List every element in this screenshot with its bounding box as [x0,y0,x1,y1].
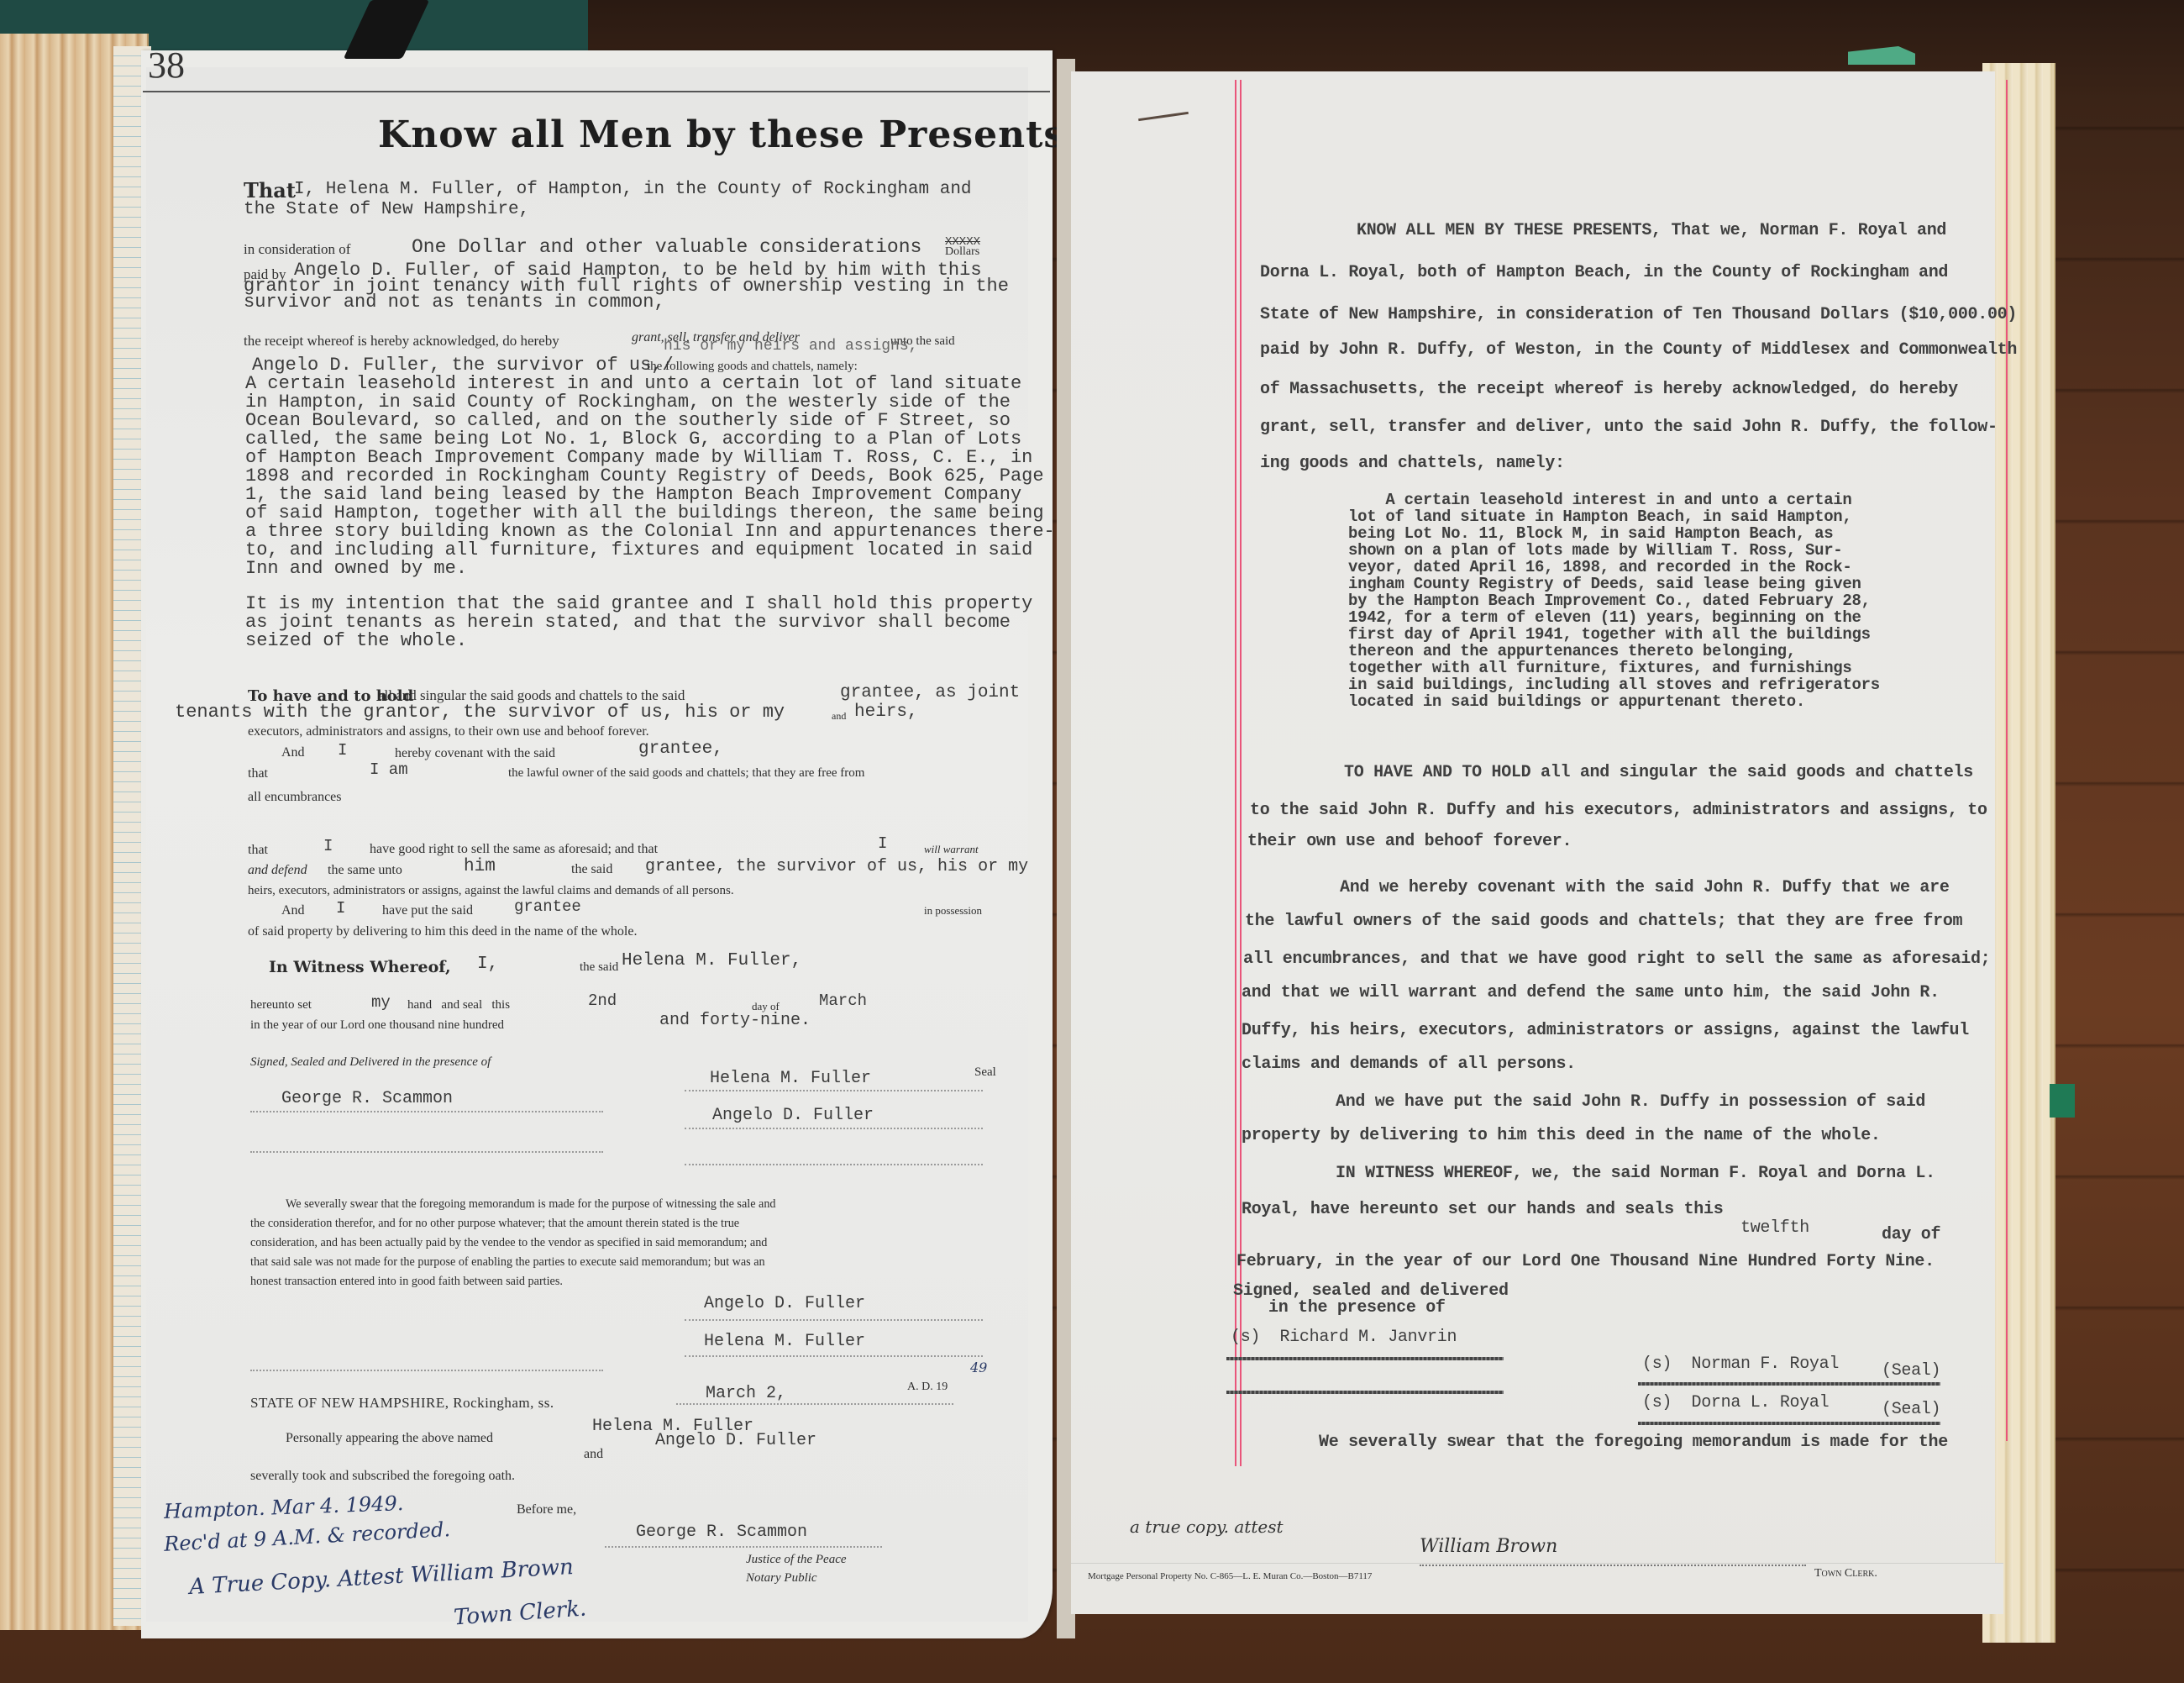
blank-witness-line [250,1151,603,1153]
possession-end: of said property by delivering to him th… [248,924,637,939]
right-i: I [323,837,333,855]
oath-blank-line [250,1370,603,1371]
defend-text: the same unto [328,863,402,878]
that-typed: I am [370,760,408,779]
justice-signature: George R. Scammon [636,1523,807,1542]
property-description: A certain leasehold interest in and unto… [245,375,1055,578]
overtype-heirs: his or my heirs and assigns, [664,338,917,355]
hand-seal-label: hand and seal this [407,998,510,1012]
that-label: that [248,766,268,781]
presence-label: in the presence of [1268,1298,1446,1317]
seal-label: Seal [974,1065,996,1080]
covenant-line-2: the lawful owners of the said goods and … [1245,912,1962,931]
oath-text: We severally swear that the foregoing me… [250,1195,776,1291]
ad-year: 49 [970,1360,987,1375]
habendum-line-2: to the said John R. Duffy and his execut… [1250,801,1987,820]
habendum-and: and [832,710,846,723]
oath-signer-1-line [685,1319,983,1321]
habendum-typed-2: tenants with the grantor, the survivor o… [175,702,785,723]
para1-line-1: KNOW ALL MEN BY THESE PRESENTS, That we,… [1357,221,1946,240]
state-date-line [676,1403,953,1405]
right-property-description: A certain leasehold interest in and unto… [1348,492,1880,710]
will-warrant: will warrant [924,843,979,856]
notary-title: Notary Public [746,1571,817,1586]
heirs-text: heirs, executors, administrators or assi… [248,884,734,898]
right-handwritten-copy: a true copy. attest [1130,1517,1284,1537]
header-rule [143,91,1050,92]
witness-line-2: Royal, have hereunto set our hands and s… [1242,1200,1723,1219]
possession-line-2: property by delivering to him this deed … [1242,1126,1881,1145]
defend-said: the said [571,862,612,877]
justice-title: Justice of the Peace [746,1553,847,1567]
oath-took: severally took and subscribed the forego… [250,1469,515,1484]
witness-line-3: February, in the year of our Lord One Th… [1236,1252,1935,1271]
green-tab-marker-side [2050,1084,2075,1118]
witness-day-of: day of [1882,1225,1940,1244]
habendum-typed: grantee, as joint [840,683,1020,702]
right-oath-start: We severally swear that the foregoing me… [1319,1433,1948,1452]
para1-line-5: of Massachusetts, the receipt whereof is… [1260,380,1958,399]
para1-line-4: paid by John R. Duffy, of Weston, in the… [1260,340,2017,360]
right-blank-witness-line [1226,1391,1504,1394]
witness-label: In Witness Whereof, [269,958,451,976]
right-signer-2-line [1638,1422,1940,1425]
lawful-text: the lawful owner of the said goods and c… [508,766,864,781]
covenant-i: I [338,741,347,760]
oath-signer-2: Helena M. Fuller [704,1332,865,1351]
right-signer-1: (s) Norman F. Royal [1642,1354,1839,1374]
goods-label: the following goods and chattels, namely… [647,360,858,374]
witness-name: Helena M. Fuller, [622,951,801,970]
covenant-text: hereby covenant with the said [395,746,555,761]
signer-2: Angelo D. Fuller [712,1106,874,1125]
town-clerk-label: Town Clerk. [1814,1567,1877,1580]
town-clerk-line [1420,1565,1806,1566]
covenant-line-5: Duffy, his heirs, executors, administrat… [1242,1021,1969,1040]
blank-signer-line [685,1164,983,1165]
hereunto-my: my [371,993,391,1012]
before-me: Before me, [517,1502,576,1517]
habendum-line-3: their own use and behoof forever. [1247,832,1572,851]
covenant-line-6: claims and demands of all persons. [1242,1055,1576,1074]
para1-line-7: ing goods and chattels, namely: [1260,454,1565,473]
covenant-line-1: And we hereby covenant with the said Joh… [1340,878,1950,897]
deed-title: Know all Men by these Presents, [378,113,1079,156]
right-seal-1: (Seal) [1882,1361,1940,1381]
right-signer-2: (s) Dorna L. Royal [1642,1393,1829,1412]
oath-signer-2-line [685,1355,983,1357]
possession-text: have put the said [382,903,473,918]
consideration-label: in consideration of [244,241,350,258]
witness-line-1: IN WITNESS WHEREOF, we, the said Norman … [1336,1164,1935,1183]
right-handwritten-signature: William Brown [1420,1536,1557,1557]
right-that: that [248,843,268,858]
year-label: in the year of our Lord one thousand nin… [250,1018,504,1033]
right-witness-signature: (s) Richard M. Janvrin [1231,1328,1457,1347]
state-label: STATE OF NEW HAMPSHIRE, Rockingham, ss. [250,1395,554,1412]
defend-typed: grantee, the survivor of us, his or my [645,857,1028,876]
habendum-heirs: heirs, [854,702,918,722]
possession-line-1: And we have put the said John R. Duffy i… [1336,1092,1925,1112]
signer-1-line [685,1090,983,1091]
witness-signature: George R. Scammon [281,1089,453,1108]
defend-italic: and defend [248,863,307,878]
para1-line-2: Dorna L. Royal, both of Hampton Beach, i… [1260,263,1948,282]
receipt-text: the receipt whereof is hereby acknowledg… [244,333,559,350]
possession-i: I [336,899,345,918]
para1-line-3: State of New Hampshire, in consideration… [1260,305,2017,324]
appearing-name-2: Angelo D. Fuller [655,1431,816,1450]
intention-clause: It is my intention that the said grantee… [245,595,1032,650]
preamble-text: I, Helena M. Fuller, of Hampton, in the … [244,180,972,220]
day-value: 2nd [588,991,617,1010]
covenant-line-4: and that we will warrant and defend the … [1242,983,1940,1002]
right-signer-1-line [1638,1382,1940,1386]
dollars-label: Dollars [945,245,979,259]
right-witness-line [1226,1357,1504,1360]
para1-line-6: grant, sell, transfer and deliver, unto … [1260,418,1998,437]
habendum-line-1: TO HAVE AND TO HOLD all and singular the… [1344,763,1973,782]
hereunto-label: hereunto set [250,998,312,1012]
defend-him: him [464,857,496,876]
page-number: 38 [148,44,185,87]
right-text: have good right to sell the same as afor… [370,842,658,857]
covenant-grantee: grantee, [638,739,723,759]
habendum-end: executors, administrators and assigns, t… [248,724,649,739]
witness-i: I, [477,955,498,974]
witness-signature-line [250,1111,603,1112]
encumbrances: all encumbrances [248,790,342,805]
year-value: and forty-nine. [659,1011,811,1030]
signed-label: Signed, Sealed and Delivered in the pres… [250,1055,491,1070]
possession-and: And [281,903,305,918]
appearing-label: Personally appearing the above named [286,1431,493,1446]
form-footer: Mortgage Personal Property No. C-865—L. … [1088,1571,1372,1581]
witness-day: twelfth [1740,1218,1809,1238]
witness-said: the said [580,960,618,975]
right-seal-2: (Seal) [1882,1400,1940,1419]
state-date: March 2, [706,1384,786,1403]
covenant-line-3: all encumbrances, and that we have good … [1243,949,1990,969]
paid-by-text: Angelo D. Fuller, of said Hampton, to be… [244,262,1009,310]
justice-signature-line [605,1546,882,1548]
appearing-and: and [584,1447,603,1462]
month-value: March [819,991,867,1010]
signer-1: Helena M. Fuller [710,1069,871,1088]
possession-grantee: grantee [514,897,581,916]
covenant-and: And [281,745,305,760]
margin-line-right [2006,80,2008,1441]
right-i2: I [878,834,887,853]
signer-2-line [685,1128,983,1129]
oath-signer-1: Angelo D. Fuller [704,1294,865,1313]
consideration-value: One Dollar and other valuable considerat… [412,236,921,258]
ad-label: A. D. 19 [907,1381,948,1394]
possession-label: in possession [924,904,982,918]
